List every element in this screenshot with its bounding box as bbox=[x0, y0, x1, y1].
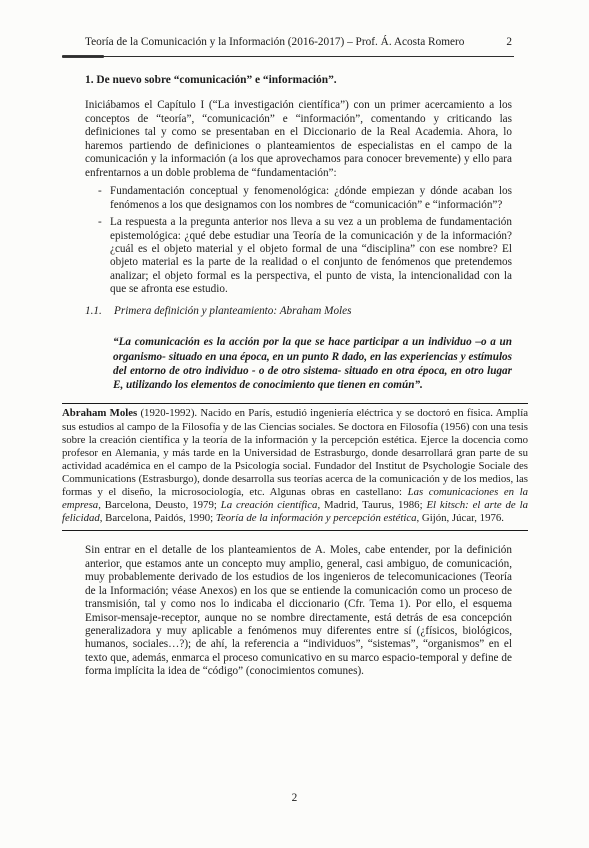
closing-paragraph: Sin entrar en el detalle de los planteam… bbox=[85, 544, 512, 679]
bio-work-title: La creación científica bbox=[221, 499, 318, 511]
bio-text: , Madrid, Taurus, 1986; bbox=[317, 499, 426, 511]
bullet-item: La respuesta a la pregunta anterior nos … bbox=[110, 216, 512, 297]
intro-paragraph: Iniciábamos el Capítulo I (“La investiga… bbox=[85, 99, 512, 180]
footer-page-number: 2 bbox=[0, 792, 589, 804]
document-page: Teoría de la Comunicación y la Informaci… bbox=[0, 0, 589, 848]
bullet-list: Fundamentación conceptual y fenomenológi… bbox=[85, 185, 512, 297]
page-header: Teoría de la Comunicación y la Informaci… bbox=[85, 36, 512, 49]
bio-text: (1920-1992). Nacido en París, estudió in… bbox=[62, 407, 528, 498]
author-bio-box: Abraham Moles (1920-1992). Nacido en Par… bbox=[62, 403, 528, 531]
bio-text: , Barcelona, Deusto, 1979; bbox=[98, 499, 221, 511]
subsection-heading: 1.1.Primera definición y planteamiento: … bbox=[85, 305, 512, 318]
subsection-number: 1.1. bbox=[85, 305, 114, 318]
section-heading: 1. De nuevo sobre “comunicación” e “info… bbox=[85, 74, 512, 87]
bullet-item: Fundamentación conceptual y fenomenológi… bbox=[110, 185, 512, 212]
header-divider bbox=[62, 56, 514, 57]
header-page-number: 2 bbox=[506, 36, 512, 49]
header-title: Teoría de la Comunicación y la Informaci… bbox=[85, 36, 464, 49]
bio-work-title: Teoría de la información y percepción es… bbox=[216, 512, 417, 524]
bio-text: , Gijón, Júcar, 1976. bbox=[417, 512, 504, 524]
definition-quote: “La comunicación es la acción por la que… bbox=[113, 335, 512, 392]
subsection-title: Primera definición y planteamiento: Abra… bbox=[114, 305, 352, 317]
bio-author-name: Abraham Moles bbox=[62, 407, 137, 419]
document-body: 1. De nuevo sobre “comunicación” e “info… bbox=[85, 74, 512, 679]
bio-text: , Barcelona, Paidós, 1990; bbox=[100, 512, 216, 524]
